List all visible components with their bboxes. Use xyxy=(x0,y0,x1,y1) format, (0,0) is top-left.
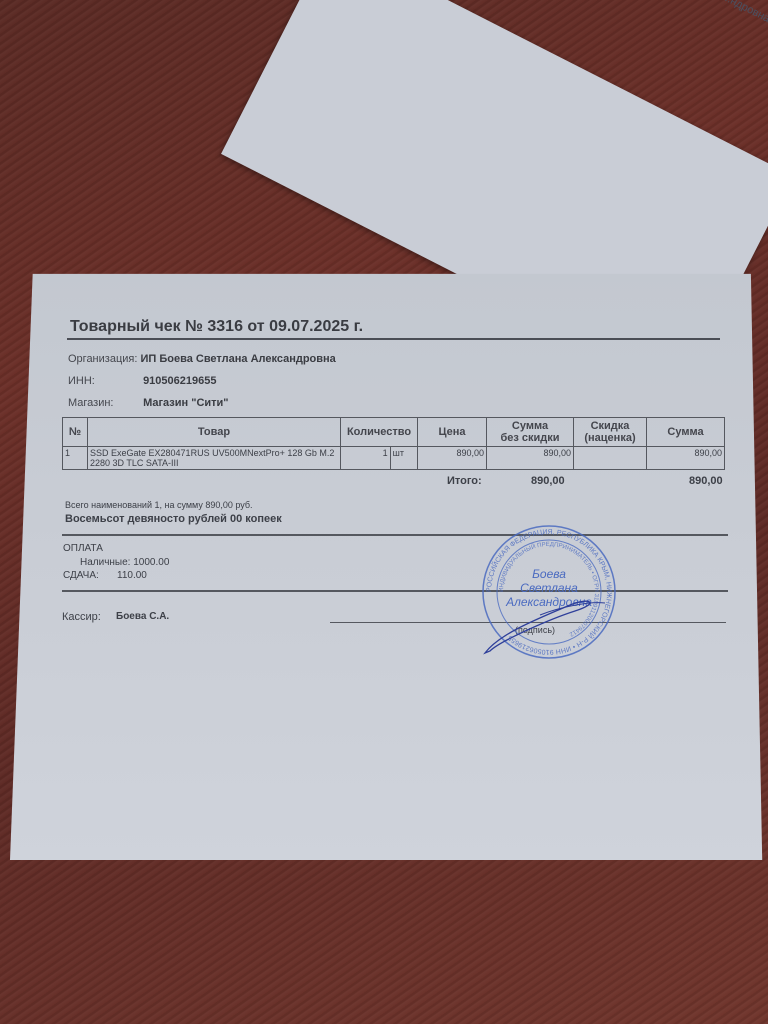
shop-value: Магазин "Сити" xyxy=(143,397,228,409)
totals-label: Итого: xyxy=(447,475,482,487)
items-summary: Всего наименований 1, на сумму 890,00 ру… xyxy=(65,500,253,510)
cell-product: SSD ExeGate EX280471RUS UV500MNextPro+ 1… xyxy=(88,447,341,470)
sales-receipt: Товарный чек № 3316 от 09.07.2025 г. Орг… xyxy=(10,268,766,860)
change-label: СДАЧА: xyxy=(63,570,99,581)
cell-sum-no-discount: 890,00 xyxy=(487,447,574,470)
cell-price: 890,00 xyxy=(418,447,487,470)
col-discount: Скидка (наценка) xyxy=(574,418,647,447)
col-product: Товар xyxy=(88,418,341,447)
col-price: Цена xyxy=(418,418,487,447)
cashier-name: Боева С.А. xyxy=(116,611,169,622)
payment-cash: Наличные: 1000.00 xyxy=(80,557,169,568)
cashier-label: Кассир: xyxy=(62,611,101,623)
inn-label: ИНН: xyxy=(68,375,140,387)
payment-divider-bottom xyxy=(62,590,728,592)
company-stamp: РОССИЙСКАЯ ФЕДЕРАЦИЯ, РЕСПУБЛИКА КРЫМ, Н… xyxy=(480,523,618,661)
shop-label: Магазин: xyxy=(68,397,140,409)
organization-label: Организация: xyxy=(68,353,137,365)
organization-row: Организация: ИП Боева Светлана Александр… xyxy=(68,353,336,365)
cell-discount xyxy=(574,447,647,470)
svg-text:Светлана: Светлана xyxy=(520,581,578,595)
col-num: № xyxy=(63,418,88,447)
table-row: 1 SSD ExeGate EX280471RUS UV500MNextPro+… xyxy=(63,447,725,470)
organization-value: ИП Боева Светлана Александровна xyxy=(140,353,335,365)
change-value: 110.00 xyxy=(117,570,147,581)
totals-sum: 890,00 xyxy=(689,475,723,487)
cell-unit: шт xyxy=(390,447,417,470)
title-divider xyxy=(67,338,720,340)
cell-sum: 890,00 xyxy=(647,447,725,470)
col-sum: Сумма xyxy=(647,418,725,447)
receipt-title: Товарный чек № 3316 от 09.07.2025 г. xyxy=(70,318,363,336)
payment-divider-top xyxy=(62,534,728,536)
items-table: № Товар Количество Цена Сумма без скидки… xyxy=(62,417,725,470)
cell-quantity: 1 xyxy=(341,447,391,470)
col-sum-no-discount: Сумма без скидки xyxy=(487,418,574,447)
inn-value: 910506219655 xyxy=(143,375,216,387)
table-header-row: № Товар Количество Цена Сумма без скидки… xyxy=(63,418,725,447)
shop-row: Магазин: Магазин "Сити" xyxy=(68,397,229,409)
amount-in-words: Восемьсот девяносто рублей 00 копеек xyxy=(65,513,282,525)
inn-row: ИНН: 910506219655 xyxy=(68,375,216,387)
svg-text:Боева: Боева xyxy=(532,567,566,581)
totals-sum-no-discount: 890,00 xyxy=(531,475,565,487)
cell-num: 1 xyxy=(63,447,88,470)
payment-header: ОПЛАТА xyxy=(63,543,103,554)
col-quantity: Количество xyxy=(341,418,418,447)
